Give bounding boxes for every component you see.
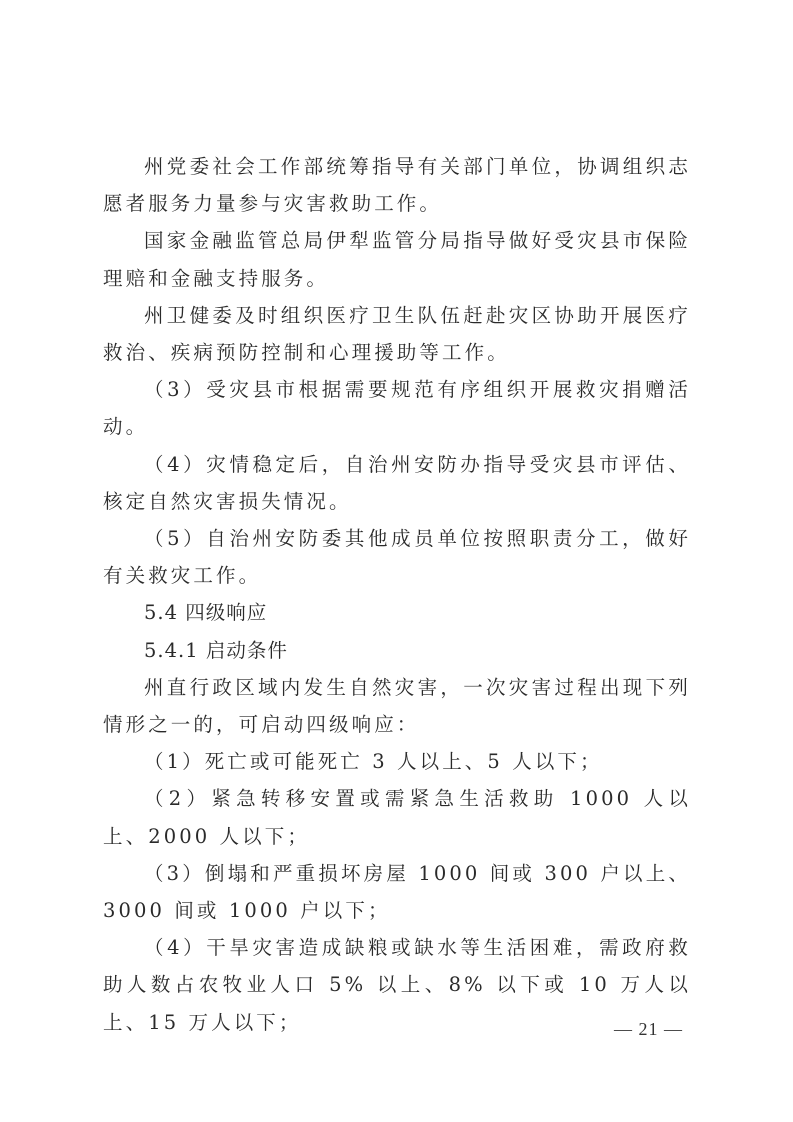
paragraph-item-4-loss-assessment: （4）灾情稳定后，自治州安防办指导受灾县市评估、核定自然灾害损失情况。 [103,446,691,520]
paragraph-condition-3-houses: （3）倒塌和严重损坏房屋 1000 间或 300 户以上、3000 间或 100… [103,855,691,929]
page-number: — 21 — [614,1019,683,1040]
paragraph-condition-1-deaths: （1）死亡或可能死亡 3 人以上、5 人以下； [103,743,691,780]
section-heading-5-4-1: 5.4.1 启动条件 [103,632,691,669]
paragraph-item-5-member-units: （5）自治州安防委其他成员单位按照职责分工，做好有关救灾工作。 [103,520,691,594]
paragraph-condition-4-drought: （4）干旱灾害造成缺粮或缺水等生活困难，需政府救助人数占农牧业人口 5% 以上、… [103,929,691,1041]
paragraph-trigger-conditions: 州直行政区域内发生自然灾害，一次灾害过程出现下列情形之一的，可启动四级响应： [103,669,691,743]
paragraph-health-commission: 州卫健委及时组织医疗卫生队伍赶赴灾区协助开展医疗救治、疾病预防控制和心理援助等工… [103,297,691,371]
paragraph-condition-2-relocation: （2）紧急转移安置或需紧急生活救助 1000 人以上、2000 人以下； [103,780,691,854]
paragraph-financial-regulation: 国家金融监管总局伊犁监管分局指导做好受灾县市保险理赔和金融支持服务。 [103,222,691,296]
paragraph-social-work-dept: 州党委社会工作部统筹指导有关部门单位，协调组织志愿者服务力量参与灾害救助工作。 [103,148,691,222]
document-page-body: 州党委社会工作部统筹指导有关部门单位，协调组织志愿者服务力量参与灾害救助工作。 … [103,148,691,1041]
section-heading-5-4: 5.4 四级响应 [103,594,691,631]
paragraph-item-3-donation: （3）受灾县市根据需要规范有序组织开展救灾捐赠活动。 [103,371,691,445]
